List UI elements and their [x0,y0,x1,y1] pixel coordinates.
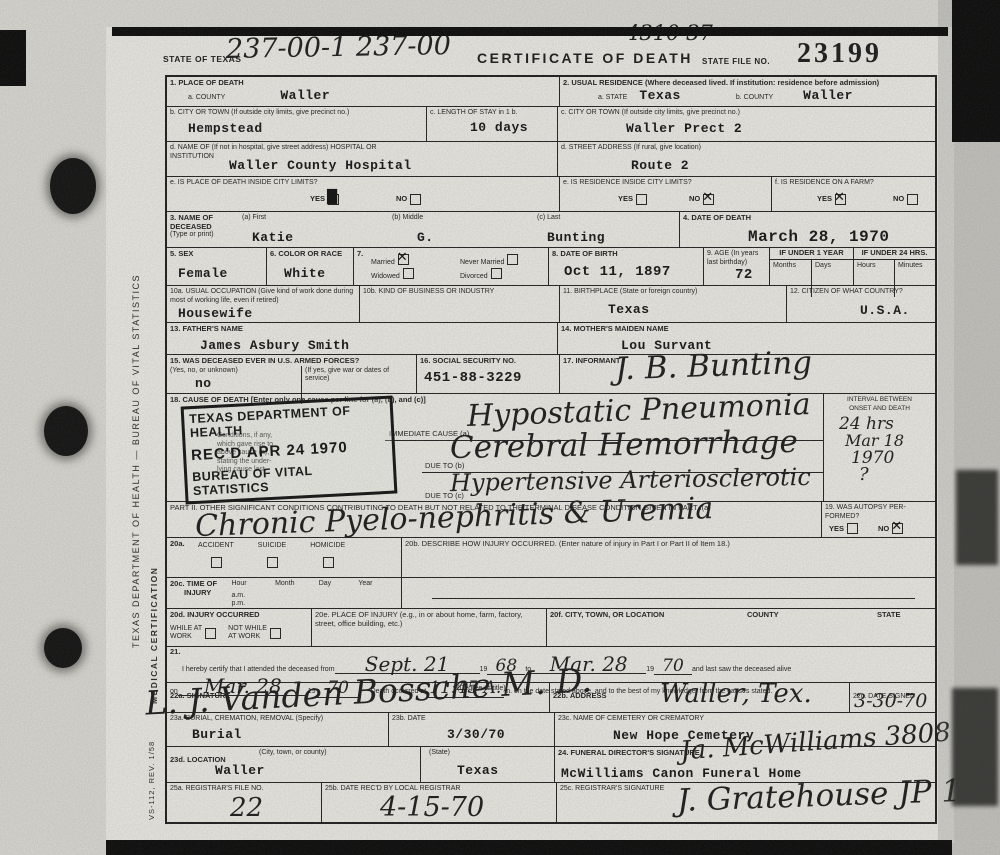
cause-of-death-cell: 18. CAUSE OF DEATH [Enter only one cause… [167,394,935,501]
state-file-number: 23199 [797,38,882,70]
attended-to-year: 70 [654,659,692,675]
first-name-value: Katie [252,231,392,244]
suicide-checkbox [267,557,278,568]
place-city-label: b. CITY OR TOWN (If outside city limits,… [170,109,423,118]
date-of-birth-cell: 8. DATE OF BIRTH Oct 11, 1897 [549,248,704,285]
scan-artifact-right-patch-1 [956,470,998,565]
residence-city-limits-cell: e. IS RESIDENCE INSIDE CITY LIMITS? YES … [560,177,772,211]
farm-no-label: NO [893,194,904,203]
registrar-signature-cell: 25c. REGISTRAR'S SIGNATURE J. Gratehouse… [557,783,935,822]
funeral-home-value: McWilliams Canon Funeral Home [561,767,802,780]
divorced-checkbox [491,268,502,279]
registrar-file-cell: 25a. REGISTRAR'S FILE NO. 22 [167,783,322,822]
date-of-death-cell: 4. DATE OF DEATH March 28, 1970 [680,212,935,247]
certify-text-2: and last saw the deceased alive [692,666,791,675]
autopsy-no-checkbox: ✕ [892,523,903,534]
not-while-at-work-checkbox [270,628,281,639]
location-state-sub-label: (State) [429,749,450,758]
farm-yes-label: YES [817,194,832,203]
stamp-line-3: BUREAU OF VITAL STATISTICS [192,460,389,498]
residence-state-value: Texas [639,89,681,102]
usual-residence-cell: 2. USUAL RESIDENCE (Where deceased lived… [560,77,935,106]
injury-occurred-cell: 20d. INJURY OCCURRED WHILE AT WORK NOT W… [167,609,312,646]
homicide-label: HOMICIDE [310,542,345,551]
injury-city-label: 20f. CITY, TOWN, OR LOCATION [550,611,747,644]
date-signed-cell: 22c. DATE SIGNED 3-30-70 [850,683,935,712]
registrar-date-cell: 25b. DATE REC'D BY LOCAL REGISTRAR 4-15-… [322,783,557,822]
describe-injury-cell: 20b. DESCRIBE HOW INJURY OCCURRED. (Ente… [402,538,935,577]
citizen-cell: 12. CITIZEN OF WHAT COUNTRY? U.S.A. [787,286,935,322]
usual-residence-label: 2. USUAL RESIDENCE (Where deceased lived… [563,79,932,88]
ssn-value: 451-88-3229 [424,371,556,385]
residence-county-value: Waller [803,89,853,102]
deceased-label-2: DECEASED [170,223,242,232]
sex-value: Female [178,267,263,280]
autopsy-cell: 19. WAS AUTOPSY PER- FORMED? YES NO ✕ [822,502,935,537]
farm-yes-checkbox: ✕ [835,194,846,205]
hole-punch-middle [44,406,88,456]
name-of-deceased-cell: 3. NAME OF DECEASED (Type or print) (a) … [167,212,680,247]
hour-label: Hour [231,580,275,589]
informant-signature: J. B. Bunting [615,350,813,385]
citizen-label: 12. CITIZEN OF WHAT COUNTRY? [790,288,932,297]
birthplace-label: 11. BIRTHPLACE (State or foreign country… [563,288,783,297]
age-label: 9. AGE (In years last birthday) [707,250,766,267]
handwritten-registration-numbers: 237-00-1 237-00 [226,34,451,62]
date-signed-value: 3-30-70 [854,693,927,710]
residence-yes-label: YES [618,194,633,203]
place-county-value: Waller [280,89,330,102]
registrar-signature-value: J. Gratehouse JP 1 [677,778,962,816]
hole-punch-top [50,158,96,214]
deceased-label-3: (Type or print) [170,231,242,240]
widowed-option: Widowed [371,268,456,280]
ssn-cell: 16. SOCIAL SECURITY NO. 451-88-3229 [417,355,560,393]
stamp-line-1: TEXAS DEPARTMENT OF HEALTH [189,402,386,440]
burial-location-cell: 23d. LOCATION (City, town, or county) (S… [167,747,555,782]
scanned-death-certificate: STATE OF TEXAS 237-00-1 237-00 CERTIFICA… [0,0,1000,855]
injury-city-cell: 20f. CITY, TOWN, OR LOCATION COUNTY STAT… [547,609,935,646]
interval-b-value-1: Mar 18 [845,434,932,448]
under-24-hrs-label: IF UNDER 24 HRS. [854,248,935,260]
row-registrar: 25a. REGISTRAR'S FILE NO. 22 25b. DATE R… [167,783,935,822]
autopsy-yes-label: YES [829,524,844,533]
day-label: Day [319,580,359,606]
physician-signature-cell: 22a. SIGNATURE (Degree or title) L. J. V… [167,683,550,712]
middle-name-label: (b) Middle [392,214,537,223]
length-of-stay-cell: c. LENGTH OF STAY in 1 b. 10 days [427,107,558,141]
am-label: a.m. [231,592,275,601]
injury-county-label: COUNTY [747,611,877,644]
injury-a-number: 20a. [170,540,185,549]
if-under-24-hrs-cell: IF UNDER 24 HRS. Hours Minutes [854,248,935,285]
place-yes-label: YES [310,194,325,203]
month-label: Month [275,580,319,606]
residence-no-label: NO [689,194,700,203]
street-address-cell: d. STREET ADDRESS (If rural, give locati… [558,142,935,176]
mother-label: 14. MOTHER'S MAIDEN NAME [561,325,932,334]
time-of-injury-label-2: INJURY [184,589,231,598]
never-married-checkbox [507,254,518,265]
location-divider [420,747,421,782]
residence-yes-checkbox [636,194,647,205]
last-name-label: (c) Last [537,214,676,223]
while-at-work-label-2: WORK [170,633,202,642]
married-option: Married✕ [371,254,456,266]
suicide-label: SUICIDE [258,542,286,551]
medical-certification-vertical-label: MEDICAL CERTIFICATION [149,392,159,704]
place-of-death-label: 1. PLACE OF DEATH [170,79,556,88]
residence-state-label: a. STATE [598,94,627,103]
describe-injury-continued-cell [402,578,935,608]
armed-forces-label: 15. WAS DECEASED EVER IN U.S. ARMED FORC… [167,355,416,366]
row-city-stay: b. CITY OR TOWN (If outside city limits,… [167,107,935,142]
occupation-value: Housewife [178,307,356,320]
age-cell: 9. AGE (In years last birthday) 72 [704,248,770,285]
marital-number-label: 7. [357,250,363,259]
armed-forces-sub1-label: (Yes, no, or unknown) [170,367,298,376]
place-city-limits-label: e. IS PLACE OF DEATH INSIDE CITY LIMITS? [170,179,556,188]
never-married-option: Never Married [460,254,545,266]
burial-date-cell: 23b. DATE 3/30/70 [389,713,555,746]
place-city-cell: b. CITY OR TOWN (If outside city limits,… [167,107,427,141]
farm-label: f. IS RESIDENCE ON A FARM? [775,179,932,188]
street-address-value: Route 2 [631,159,932,172]
not-while-at-work-label-1: NOT WHILE [228,625,267,634]
part2-cell: PART II. OTHER SIGNIFICANT CONDITIONS CO… [167,502,822,537]
autopsy-label-1: 19. WAS AUTOPSY PER- [825,504,932,513]
business-label: 10b. KIND OF BUSINESS OR INDUSTRY [363,288,556,297]
location-state-value: Texas [457,764,499,777]
armed-forces-answer: no [195,377,298,390]
location-city-sub-label: (City, town, or county) [259,749,327,758]
place-city-value: Hempstead [188,122,423,135]
place-yes-checkbox: █ [328,194,339,205]
row-occupation: 10a. USUAL OCCUPATION (Give kind of work… [167,286,935,323]
accident-checkbox [211,557,222,568]
farm-cell: f. IS RESIDENCE ON A FARM? YES ✕ NO [772,177,935,211]
father-value: James Asbury Smith [200,339,554,352]
row-injury-type: 20a. ACCIDENT SUICIDE HOMICIDE [167,538,935,578]
business-cell: 10b. KIND OF BUSINESS OR INDUSTRY [360,286,560,322]
state-file-no-label: STATE FILE NO. [702,57,770,66]
pre-year-2: 19 [646,666,654,675]
row-injury-location: 20d. INJURY OCCURRED WHILE AT WORK NOT W… [167,609,935,647]
father-label: 13. FATHER'S NAME [170,325,554,334]
row-cause-of-death: 18. CAUSE OF DEATH [Enter only one cause… [167,394,935,502]
certify-text-1: I hereby certify that I attended the dec… [182,666,335,675]
place-no-label: NO [396,194,407,203]
row-sex-race-dob: 5. SEX Female 6. COLOR OR RACE White 7. … [167,248,935,286]
street-address-label: d. STREET ADDRESS (If rural, give locati… [561,144,932,153]
birthplace-cell: 11. BIRTHPLACE (State or foreign country… [560,286,787,322]
ssn-label: 16. SOCIAL SECURITY NO. [420,357,556,366]
father-cell: 13. FATHER'S NAME James Asbury Smith [167,323,558,354]
certification-number: 21. [170,648,180,657]
certificate-title: CERTIFICATE OF DEATH [477,50,693,66]
hole-punch-bottom [44,628,82,668]
injury-type-cell: 20a. ACCIDENT SUICIDE HOMICIDE [167,538,402,577]
scan-artifact-right-patch-2 [952,688,998,806]
place-city-limits-cell: e. IS PLACE OF DEATH INSIDE CITY LIMITS?… [167,177,560,211]
citizen-value: U.S.A. [860,304,932,317]
scan-artifact-bottom-strip [106,840,952,855]
sex-cell: 5. SEX Female [167,248,267,285]
received-stamp: TEXAS DEPARTMENT OF HEALTH REC'D APR 24 … [181,396,398,505]
autopsy-yes-checkbox [847,523,858,534]
time-of-injury-cell: 20c. TIME OF INJURY Hour a.m. p.m. Month… [167,578,402,608]
row-hospital-street: d. NAME OF (If not in hospital, give str… [167,142,935,177]
row-parents: 13. FATHER'S NAME James Asbury Smith 14.… [167,323,935,355]
row-time-of-injury: 20c. TIME OF INJURY Hour a.m. p.m. Month… [167,578,935,609]
row-city-limits: e. IS PLACE OF DEATH INSIDE CITY LIMITS?… [167,177,935,212]
residence-county-label: b. COUNTY [736,94,773,103]
place-of-death-cell: 1. PLACE OF DEATH a. COUNTY Waller [167,77,560,106]
place-of-injury-cell: 20e. PLACE OF INJURY (e.g., in or about … [312,609,547,646]
pm-label: p.m. [231,600,275,609]
date-of-death-value: March 28, 1970 [748,229,932,245]
scan-artifact-top-strip [112,27,948,36]
location-city-value: Waller [215,764,265,777]
injury-occurred-label: 20d. INJURY OCCURRED [170,611,308,620]
row-physician: 22a. SIGNATURE (Degree or title) L. J. V… [167,683,935,713]
interval-a-value: 24 hrs [839,417,932,432]
homicide-checkbox [323,557,334,568]
dept-of-health-vertical-label: TEXAS DEPARTMENT OF HEALTH — BUREAU OF V… [131,150,141,648]
autopsy-label-2: FORMED? [825,513,932,522]
race-cell: 6. COLOR OR RACE White [267,248,354,285]
married-checkbox: ✕ [398,254,409,265]
if-under-1-year-cell: IF UNDER 1 YEAR Months Days [770,248,854,285]
interval-c-value: ? [859,467,932,483]
interval-label-1: INTERVAL BETWEEN [827,396,932,405]
physician-address-cell: 22b. ADDRESS Waller, Tex. [550,683,850,712]
middle-name-value: G. [417,231,537,244]
divorced-option: Divorced [460,268,545,280]
place-county-label: a. COUNTY [188,94,225,103]
hospital-value: Waller County Hospital [229,159,412,172]
residence-no-checkbox: ✕ [703,194,714,205]
informant-cell: 17. INFORMANT J. B. Bunting [560,355,935,393]
residence-city-value: Waller Prect 2 [626,122,932,135]
birthplace-value: Texas [608,303,783,316]
residence-city-limits-label: e. IS RESIDENCE INSIDE CITY LIMITS? [563,179,768,188]
certificate-form: 1. PLACE OF DEATH a. COUNTY Waller 2. US… [165,75,937,824]
row-place-residence-header: 1. PLACE OF DEATH a. COUNTY Waller 2. US… [167,77,935,107]
occupation-cell: 10a. USUAL OCCUPATION (Give kind of work… [167,286,360,322]
year-label: Year [358,580,398,606]
physician-address-value: Waller, Tex. [660,683,812,706]
under-1-year-label: IF UNDER 1 YEAR [770,248,853,260]
while-at-work-label-1: WHILE AT [170,625,202,634]
first-name-label: (a) First [242,214,392,223]
describe-injury-label: 20b. DESCRIBE HOW INJURY OCCURRED. (Ente… [405,540,932,549]
due-to-c-value: Hypertensive Arteriosclerotic [450,467,811,495]
while-at-work-checkbox [205,628,216,639]
scan-artifact-right-band [952,0,1000,142]
burial-date-label: 23b. DATE [392,715,551,724]
age-value: 72 [735,268,766,282]
date-of-death-label: 4. DATE OF DEATH [683,214,932,223]
date-of-birth-label: 8. DATE OF BIRTH [552,250,700,259]
interval-label-2: ONSET AND DEATH [827,405,932,414]
residence-city-label: c. CITY OR TOWN (If outside city limits,… [561,109,932,118]
burial-value: Burial [192,728,385,741]
part2-value: Chronic Pyelo-nephritis & Uremia [195,495,714,540]
row-part2-autopsy: PART II. OTHER SIGNIFICANT CONDITIONS CO… [167,502,935,538]
place-of-injury-label: 20e. PLACE OF INJURY (e.g., in or about … [315,611,543,628]
date-of-birth-value: Oct 11, 1897 [564,265,700,279]
scan-artifact-corner-mark [0,30,26,86]
interval-column: INTERVAL BETWEEN ONSET AND DEATH 24 hrs … [823,394,935,501]
autopsy-no-label: NO [878,524,889,533]
row-service-ssn-informant: 15. WAS DECEASED EVER IN U.S. ARMED FORC… [167,355,935,394]
length-of-stay-label: c. LENGTH OF STAY in 1 b. [430,109,554,118]
stamp-line-2: REC'D APR 24 1970 [191,436,388,463]
widowed-checkbox [403,268,414,279]
sex-label: 5. SEX [170,250,263,259]
registrar-date-value: 4-15-70 [380,796,553,820]
registrar-file-value: 22 [230,797,318,820]
occupation-label: 10a. USUAL OCCUPATION (Give kind of work… [170,288,356,305]
injury-state-label: STATE [877,611,932,644]
last-name-value: Bunting [547,231,676,244]
farm-no-checkbox [907,194,918,205]
armed-forces-cell: 15. WAS DECEASED EVER IN U.S. ARMED FORC… [167,355,417,393]
due-to-b-value: Cerebral Hemorrhage [450,429,798,463]
race-label: 6. COLOR OR RACE [270,250,350,259]
marital-status-cell: 7. Married✕ Never Married Widowed Divorc… [354,248,549,285]
race-value: White [284,267,350,280]
place-no-checkbox [410,194,421,205]
not-while-at-work-label-2: AT WORK [228,633,267,642]
hospital-cell: d. NAME OF (If not in hospital, give str… [167,142,558,176]
residence-city-cell: c. CITY OR TOWN (If outside city limits,… [558,107,935,141]
burial-date-value: 3/30/70 [447,728,551,741]
length-of-stay-value: 10 days [470,121,554,134]
row-name-dod: 3. NAME OF DECEASED (Type or print) (a) … [167,212,935,248]
